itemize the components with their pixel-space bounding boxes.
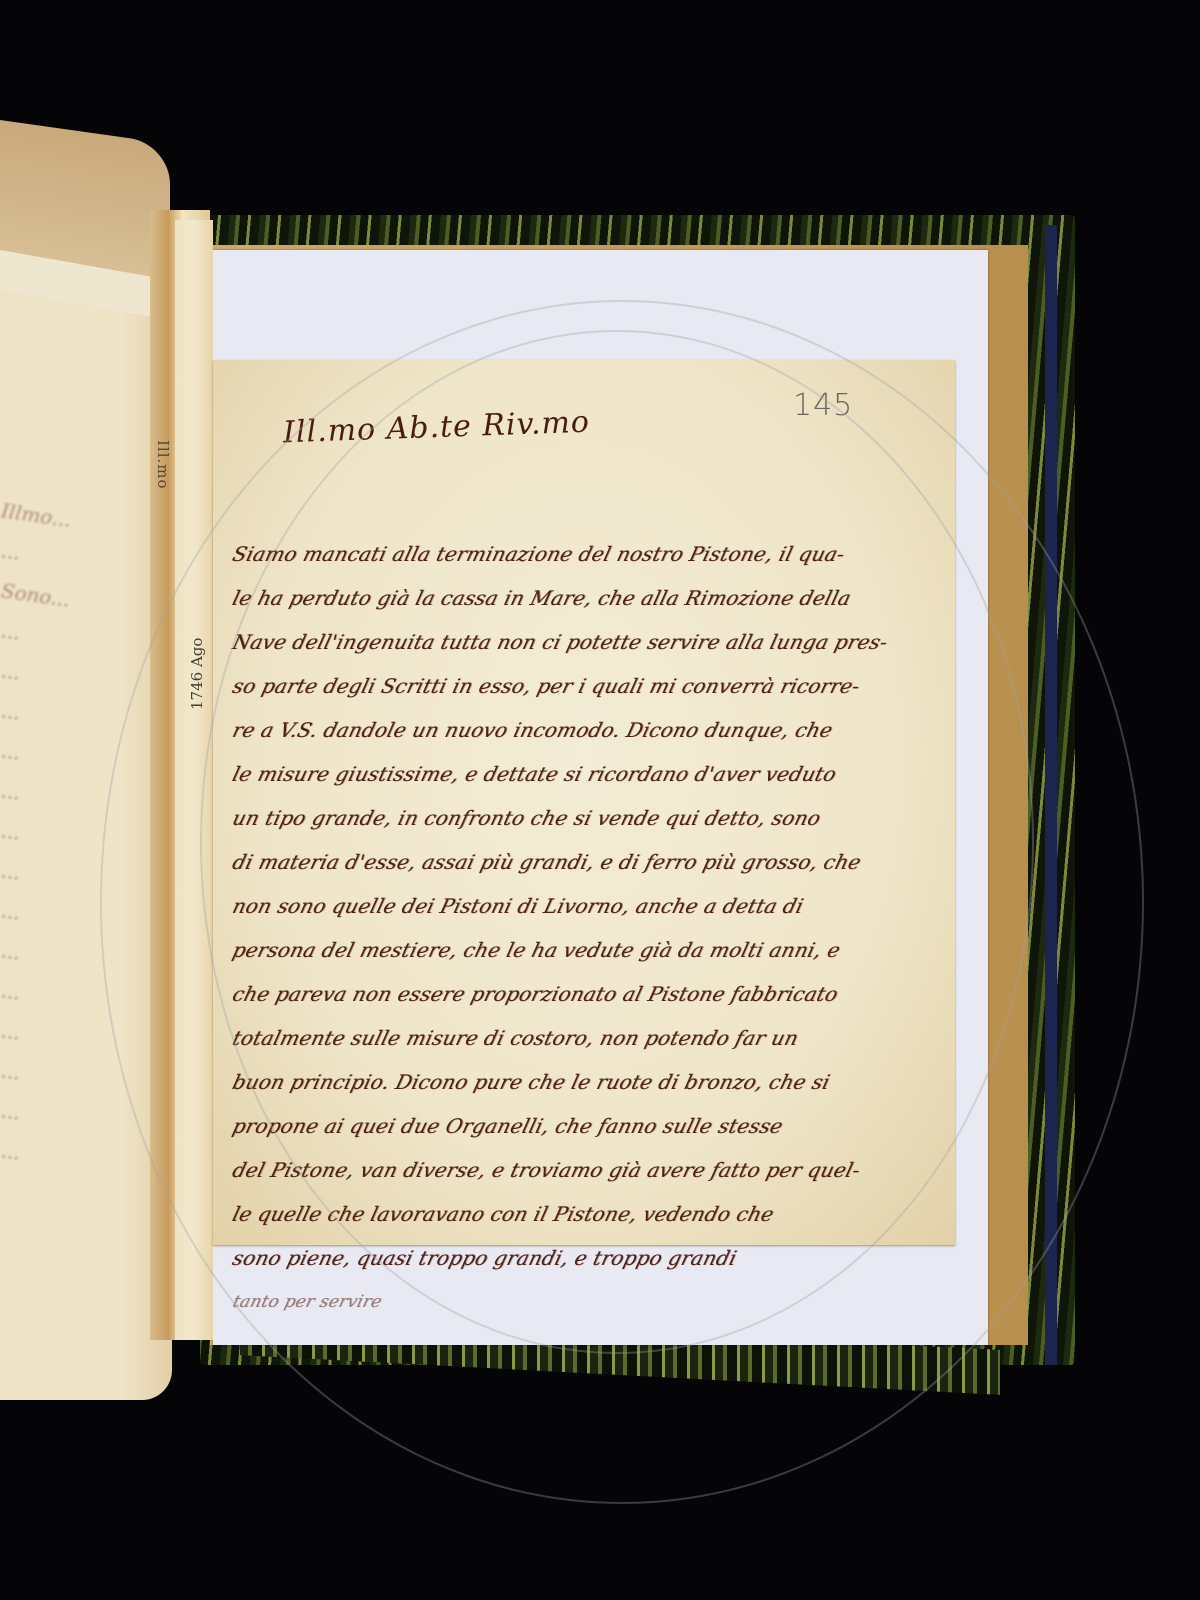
- letter-line: so parte degli Scritti in esso, per i qu…: [228, 664, 939, 708]
- letter-line: di materia d'esse, assai più grandi, e d…: [228, 840, 939, 884]
- manuscript-letter: 145 Ill.mo Ab.te Riv.mo Siamo mancati al…: [213, 360, 955, 1245]
- letter-line: del Pistone, van diverse, e troviamo già…: [228, 1148, 939, 1192]
- letter-line: buon principio. Dicono pure che le ruote…: [228, 1060, 939, 1104]
- folder-blue-edge: [1045, 225, 1057, 1365]
- letter-line: Siamo mancati alla terminazione del nost…: [228, 532, 939, 576]
- folio-number: 145: [793, 388, 853, 423]
- letter-line: re a V.S. dandole un nuovo incomodo. Dic…: [228, 708, 939, 752]
- spine-annotation: Ill.mo: [150, 440, 172, 720]
- letter-line: un tipo grande, in confronto che si vend…: [228, 796, 939, 840]
- letter-line: tanto per servire: [228, 1280, 939, 1324]
- left-page-bleed-through: Illmo... ... Sono... ... ... ... ... ...…: [0, 500, 170, 1190]
- salutation: Ill.mo Ab.te Riv.mo: [282, 405, 590, 451]
- left-page: Illmo... ... Sono... ... ... ... ... ...…: [0, 280, 172, 1400]
- letter-line: propone ai quei due Organelli, che fanno…: [228, 1104, 939, 1148]
- letter-line: Nave dell'ingenuita tutta non ci potette…: [228, 620, 939, 664]
- letter-line: non sono quelle dei Pistoni di Livorno, …: [228, 884, 939, 928]
- spine-date-annotation: 1746 Ago: [188, 490, 210, 710]
- letter-body: Siamo mancati alla terminazione del nost…: [233, 532, 933, 1324]
- letter-line: totalmente sulle misure di costoro, non …: [228, 1016, 939, 1060]
- gutter-paper-strip: [175, 220, 213, 1340]
- letter-line: persona del mestiere, che le ha vedute g…: [228, 928, 939, 972]
- letter-line: le quelle che lavoravano con il Pistone,…: [228, 1192, 939, 1236]
- letter-line: sono piene, quasi troppo grandi, e tropp…: [228, 1236, 939, 1280]
- letter-line: che pareva non essere proporzionato al P…: [228, 972, 939, 1016]
- letter-line: le misure giustissime, e dettate si rico…: [228, 752, 939, 796]
- letter-line: le ha perduto già la cassa in Mare, che …: [228, 576, 939, 620]
